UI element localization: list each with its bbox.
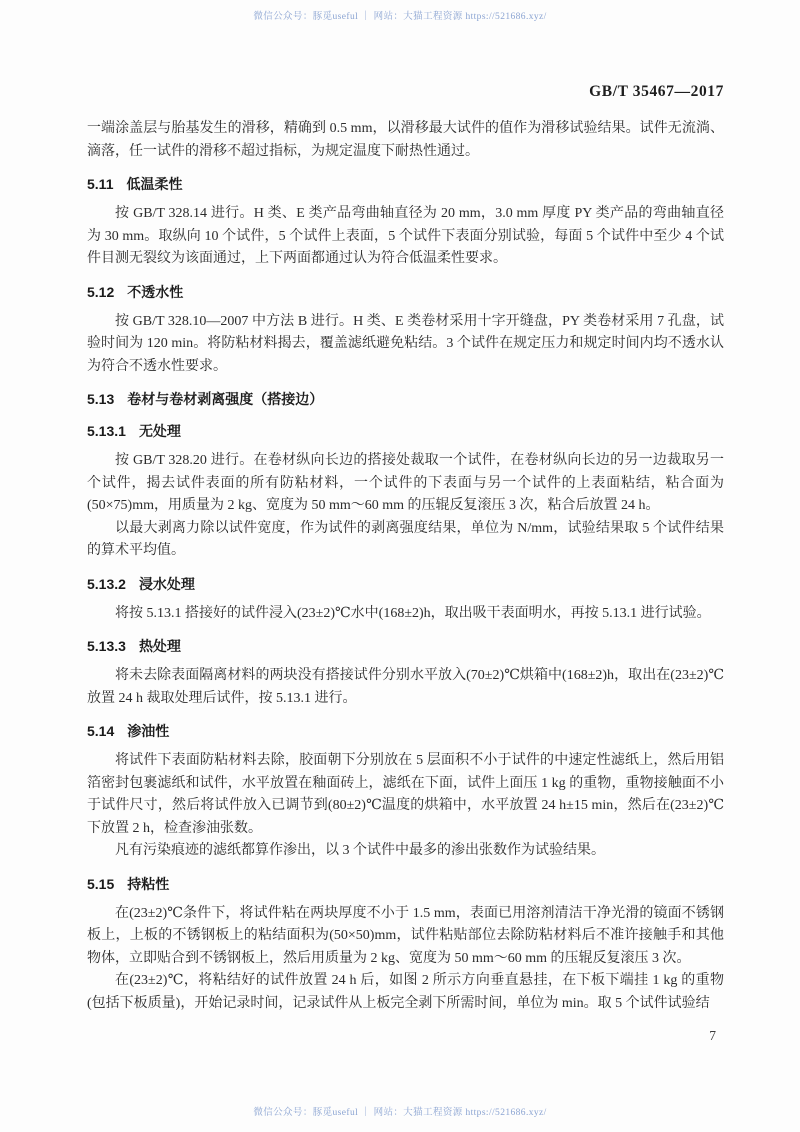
section-number: 5.15 bbox=[87, 876, 114, 892]
section-number: 5.13.1 bbox=[87, 423, 126, 439]
paragraph: 按 GB/T 328.20 进行。在卷材纵向长边的搭接处裁取一个试件，在卷材纵向… bbox=[87, 450, 724, 518]
section-heading-5-11: 5.11低温柔性 bbox=[87, 173, 724, 195]
paragraph: 按 GB/T 328.10—2007 中方法 B 进行。H 类、E 类卷材采用十… bbox=[87, 311, 724, 379]
section-title: 低温柔性 bbox=[126, 176, 182, 192]
section-title: 热处理 bbox=[139, 638, 181, 654]
paragraph: 以最大剥离力除以试件宽度，作为试件的剥离强度结果，单位为 N/mm，试验结果取 … bbox=[87, 518, 724, 563]
section-number: 5.12 bbox=[87, 284, 114, 300]
section-heading-5-14: 5.14渗油性 bbox=[87, 720, 724, 742]
paragraph: 凡有污染痕迹的滤纸都算作渗出，以 3 个试件中最多的渗出张数作为试验结果。 bbox=[87, 840, 724, 863]
section-title: 无处理 bbox=[139, 423, 181, 439]
section-heading-5-13-2: 5.13.2浸水处理 bbox=[87, 573, 724, 595]
document-body: 一端涂盖层与胎基发生的滑移，精确到 0.5 mm，以滑移最大试件的值作为滑移试验… bbox=[87, 118, 724, 1044]
section-heading-5-13-3: 5.13.3热处理 bbox=[87, 635, 724, 657]
section-heading-5-13-1: 5.13.1无处理 bbox=[87, 420, 724, 442]
section-number: 5.11 bbox=[87, 176, 113, 192]
paragraph: 将试件下表面防粘材料去除，胶面朝下分别放在 5 层面积不小于试件的中速定性滤纸上… bbox=[87, 750, 724, 840]
section-heading-5-15: 5.15持粘性 bbox=[87, 873, 724, 895]
section-number: 5.13.3 bbox=[87, 638, 126, 654]
section-title: 卷材与卷材剥离强度（搭接边） bbox=[127, 391, 323, 407]
section-number: 5.13 bbox=[87, 391, 114, 407]
paragraph: 在(23±2)℃条件下，将试件粘在两块厚度不小于 1.5 mm，表面已用溶剂清洁… bbox=[87, 903, 724, 971]
watermark-bottom: 微信公众号：豚觅useful ｜ 网站：大猫工程资源 https://52168… bbox=[0, 1104, 800, 1118]
section-heading-5-13: 5.13卷材与卷材剥离强度（搭接边） bbox=[87, 388, 724, 410]
paragraph: 一端涂盖层与胎基发生的滑移，精确到 0.5 mm，以滑移最大试件的值作为滑移试验… bbox=[87, 118, 724, 163]
section-title: 渗油性 bbox=[127, 723, 169, 739]
paragraph: 将按 5.13.1 搭接好的试件浸入(23±2)℃水中(168±2)h，取出吸干… bbox=[87, 603, 724, 626]
section-heading-5-12: 5.12不透水性 bbox=[87, 281, 724, 303]
document-blocks: 一端涂盖层与胎基发生的滑移，精确到 0.5 mm，以滑移最大试件的值作为滑移试验… bbox=[87, 118, 724, 1015]
section-title: 浸水处理 bbox=[139, 576, 195, 592]
watermark-top: 微信公众号：豚觅useful ｜ 网站：大猫工程资源 https://52168… bbox=[0, 8, 800, 22]
paragraph: 按 GB/T 328.14 进行。H 类、E 类产品弯曲轴直径为 20 mm，3… bbox=[87, 203, 724, 271]
section-number: 5.13.2 bbox=[87, 576, 126, 592]
section-number: 5.14 bbox=[87, 723, 114, 739]
paragraph: 在(23±2)℃，将粘结好的试件放置 24 h 后，如图 2 所示方向垂直悬挂，… bbox=[87, 970, 724, 1015]
standard-document-page: { "colors": { "watermark": "#8ba4d2", "t… bbox=[0, 0, 800, 1132]
section-title: 持粘性 bbox=[127, 876, 169, 892]
paragraph: 将未去除表面隔离材料的两块没有搭接试件分别水平放入(70±2)℃烘箱中(168±… bbox=[87, 665, 724, 710]
standard-code-header: GB/T 35467—2017 bbox=[589, 83, 724, 101]
section-title: 不透水性 bbox=[127, 284, 183, 300]
page-number: 7 bbox=[87, 1028, 724, 1044]
